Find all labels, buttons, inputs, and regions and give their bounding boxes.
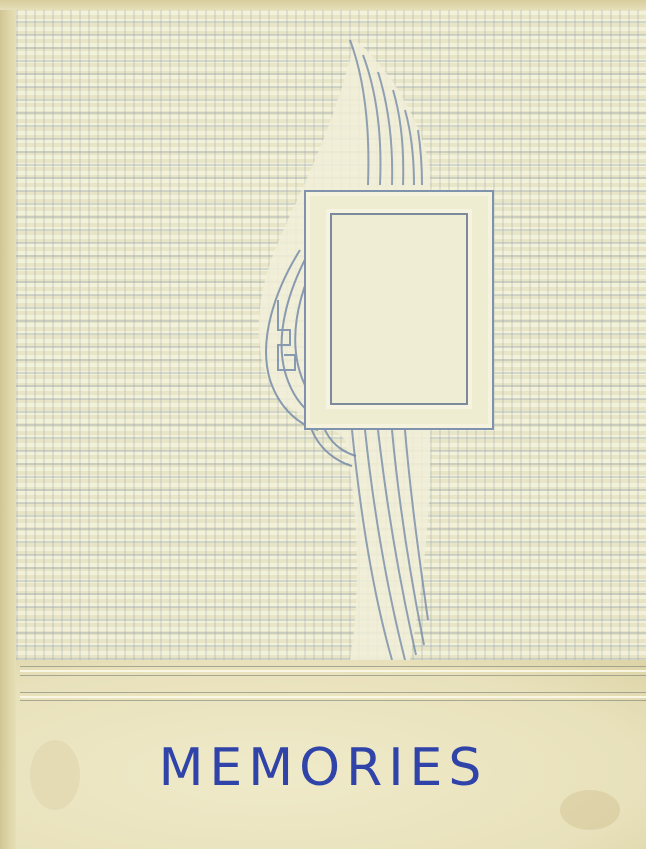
border-line — [20, 700, 646, 701]
border-highlight — [20, 696, 646, 698]
border-highlight — [20, 670, 646, 672]
border-line — [20, 692, 646, 693]
border-line — [20, 675, 646, 676]
yearbook-cover: MEMORIES — [0, 0, 646, 849]
border-line — [20, 666, 646, 667]
photo-frame-window — [330, 213, 468, 405]
cover-title: MEMORIES — [0, 738, 646, 798]
